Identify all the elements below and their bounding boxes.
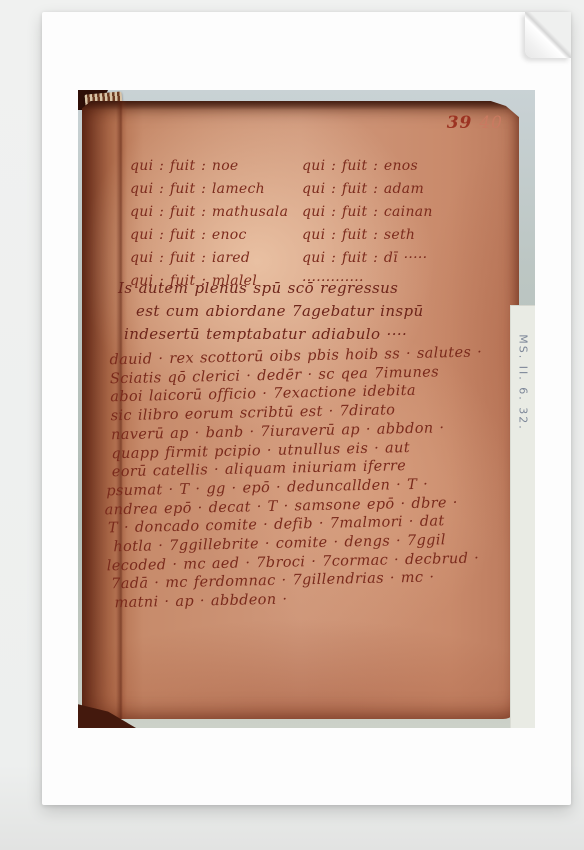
genealogy-cell: qui : fuit : noe xyxy=(130,155,302,178)
genealogy-cell: qui : fuit : iared xyxy=(130,247,302,270)
gospel-line: est cum abiordane 7agebatur inspū xyxy=(136,300,424,323)
folio-number-39: 39 xyxy=(447,113,473,133)
page-top-edge xyxy=(82,101,519,110)
genealogy-row: qui : fuit : lamech qui : fuit : adam xyxy=(130,178,433,201)
genealogy-cell: qui : fuit : adam xyxy=(302,178,433,201)
genealogy-table: qui : fuit : noe qui : fuit : enos qui :… xyxy=(130,155,433,293)
genealogy-cell: qui : fuit : seth xyxy=(302,224,433,247)
shelfmark-strip: MS. II. 6. 32. xyxy=(510,305,535,728)
folio-number-40: 40 xyxy=(479,113,503,133)
genealogy-cell: qui : fuit : enos xyxy=(302,155,433,178)
genealogy-cell: qui : fuit : enoc xyxy=(130,224,302,247)
genealogy-cell: qui : fuit : lamech xyxy=(130,178,302,201)
gospel-line: Is autem plenus spū scō regressus xyxy=(118,277,424,300)
genealogy-cell: qui : fuit : cainan xyxy=(302,201,433,224)
charter-text: dauid · rex scottorū oibs pbis hoib ss ·… xyxy=(109,343,520,613)
genealogy-row: qui : fuit : mathusala qui : fuit : cain… xyxy=(130,201,433,224)
shelfmark-text: MS. II. 6. 32. xyxy=(517,334,530,430)
genealogy-cell: qui : fuit : mathusala xyxy=(130,201,302,224)
parchment-page: 3940 qui : fuit : noe qui : fuit : enos … xyxy=(82,101,519,719)
folio-numbers: 3940 xyxy=(447,113,503,133)
gospel-line: indesertū temptabatur adiabulo ···· xyxy=(124,323,424,346)
gospel-passage: Is autem plenus spū scō regressus est cu… xyxy=(118,277,424,346)
page-curl xyxy=(525,12,571,58)
genealogy-row: qui : fuit : enoc qui : fuit : seth xyxy=(130,224,433,247)
genealogy-row: qui : fuit : noe qui : fuit : enos xyxy=(130,155,433,178)
genealogy-cell: qui : fuit : dī ····· xyxy=(302,247,433,270)
manuscript-photograph: 3940 qui : fuit : noe qui : fuit : enos … xyxy=(78,90,535,728)
print-sheet: 3940 qui : fuit : noe qui : fuit : enos … xyxy=(42,12,571,805)
genealogy-row: qui : fuit : iared qui : fuit : dī ····· xyxy=(130,247,433,270)
